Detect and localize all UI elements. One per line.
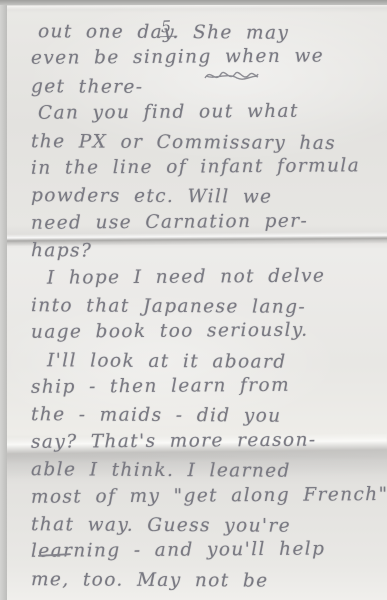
letter-line: say? That's more reason- xyxy=(7,426,387,456)
letter-line: uage book too seriously. xyxy=(7,316,387,346)
letter-line: need use Carnation per- xyxy=(7,207,387,237)
letter-line: ship - then learn from xyxy=(7,371,387,401)
scanner-edge-top xyxy=(0,0,387,5)
scanned-letter: 5 out one day. She may even be singing w… xyxy=(0,0,387,600)
letter-line: Can you find out what xyxy=(7,97,387,127)
handwriting-block: 5 out one day. She may even be singing w… xyxy=(7,18,387,593)
scribble-mark xyxy=(203,66,259,86)
letter-line: in the line of infant formula xyxy=(7,152,387,182)
letter-line: learning - and you'll help xyxy=(7,535,387,565)
letter-line: me, too. May not be xyxy=(7,566,387,596)
letter-line: even be singing when we xyxy=(7,42,387,72)
letter-line: I hope I need not delve xyxy=(7,262,387,292)
scanner-edge-left xyxy=(0,0,7,600)
letter-line: most of my "get along French" xyxy=(7,481,387,511)
